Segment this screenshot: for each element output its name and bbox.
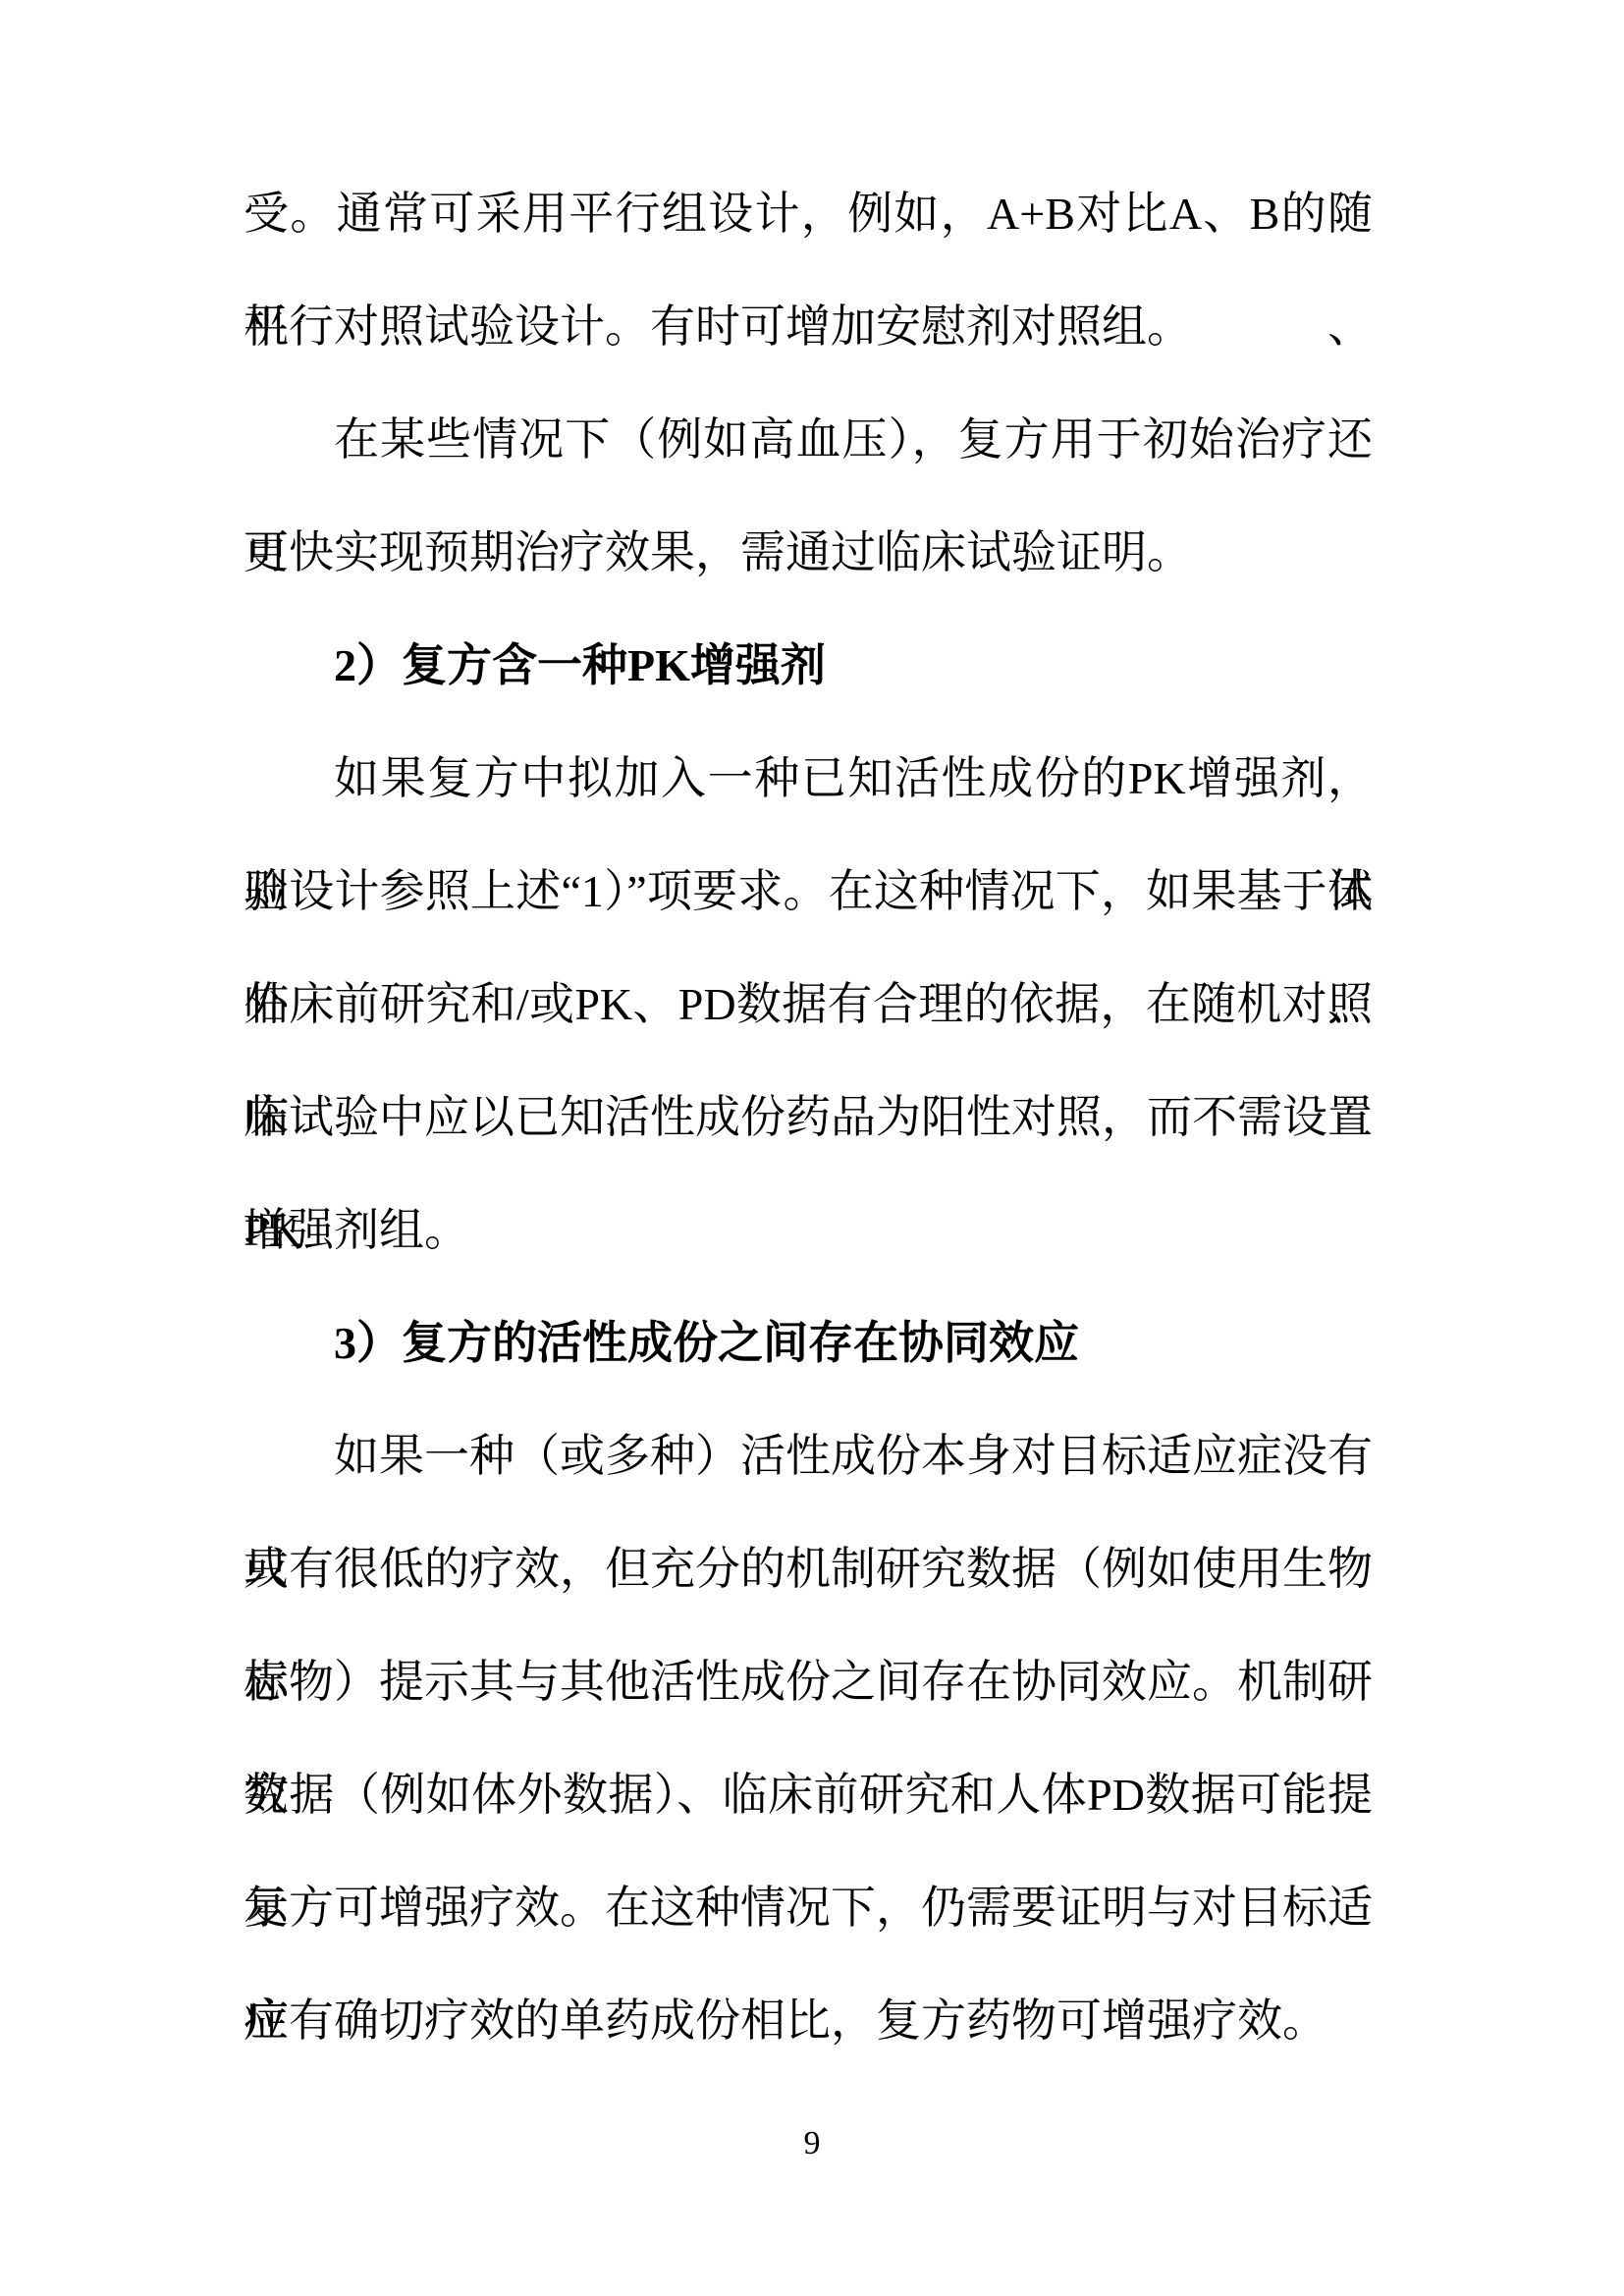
text-line: 更快实现预期治疗效果，需通过临床试验证明。 [244,496,1373,609]
text-line: 复方可增强疗效。在这种情况下，仍需要证明与对目标适应 [244,1851,1373,1964]
page-number: 9 [0,2124,1624,2163]
text-line: 临床前研究和/或PK、PD数据有合理的依据，在随机对照临 [244,948,1373,1061]
document-page: 受。通常可采用平行组设计，例如，A+B对比A、B的随机、 平行对照试验设计。有时… [0,0,1624,2296]
text-line: 症有确切疗效的单药成份相比，复方药物可增强疗效。 [244,1964,1373,2077]
text-line: 如果复方中拟加入一种已知活性成份的PK增强剂，则试 [244,722,1373,835]
section-heading-2: 2）复方含一种PK增强剂 [244,609,1373,722]
text-line: 数据（例如体外数据）、临床前研究和人体PD数据可能提示 [244,1738,1373,1851]
text-line: 验设计参照上述“1）”项要求。在这种情况下，如果基于体外、 [244,835,1373,948]
section-heading-3: 3）复方的活性成份之间存在协同效应 [244,1286,1373,1399]
text-line: 受。通常可采用平行组设计，例如，A+B对比A、B的随机、 [244,157,1373,270]
text-line: 床试验中应以已知活性成份药品为阳性对照，而不需设置PK [244,1061,1373,1174]
text-line: 如果一种（或多种）活性成份本身对目标适应症没有或 [244,1399,1373,1512]
text-line: 增强剂组。 [244,1174,1373,1286]
text-line: 在某些情况下（例如高血压），复方用于初始治疗还可 [244,383,1373,496]
document-body: 受。通常可采用平行组设计，例如，A+B对比A、B的随机、 平行对照试验设计。有时… [244,157,1373,2077]
text-line: 志物）提示其与其他活性成份之间存在协同效应。机制研究 [244,1625,1373,1738]
text-line: 只有很低的疗效，但充分的机制研究数据（例如使用生物标 [244,1512,1373,1625]
